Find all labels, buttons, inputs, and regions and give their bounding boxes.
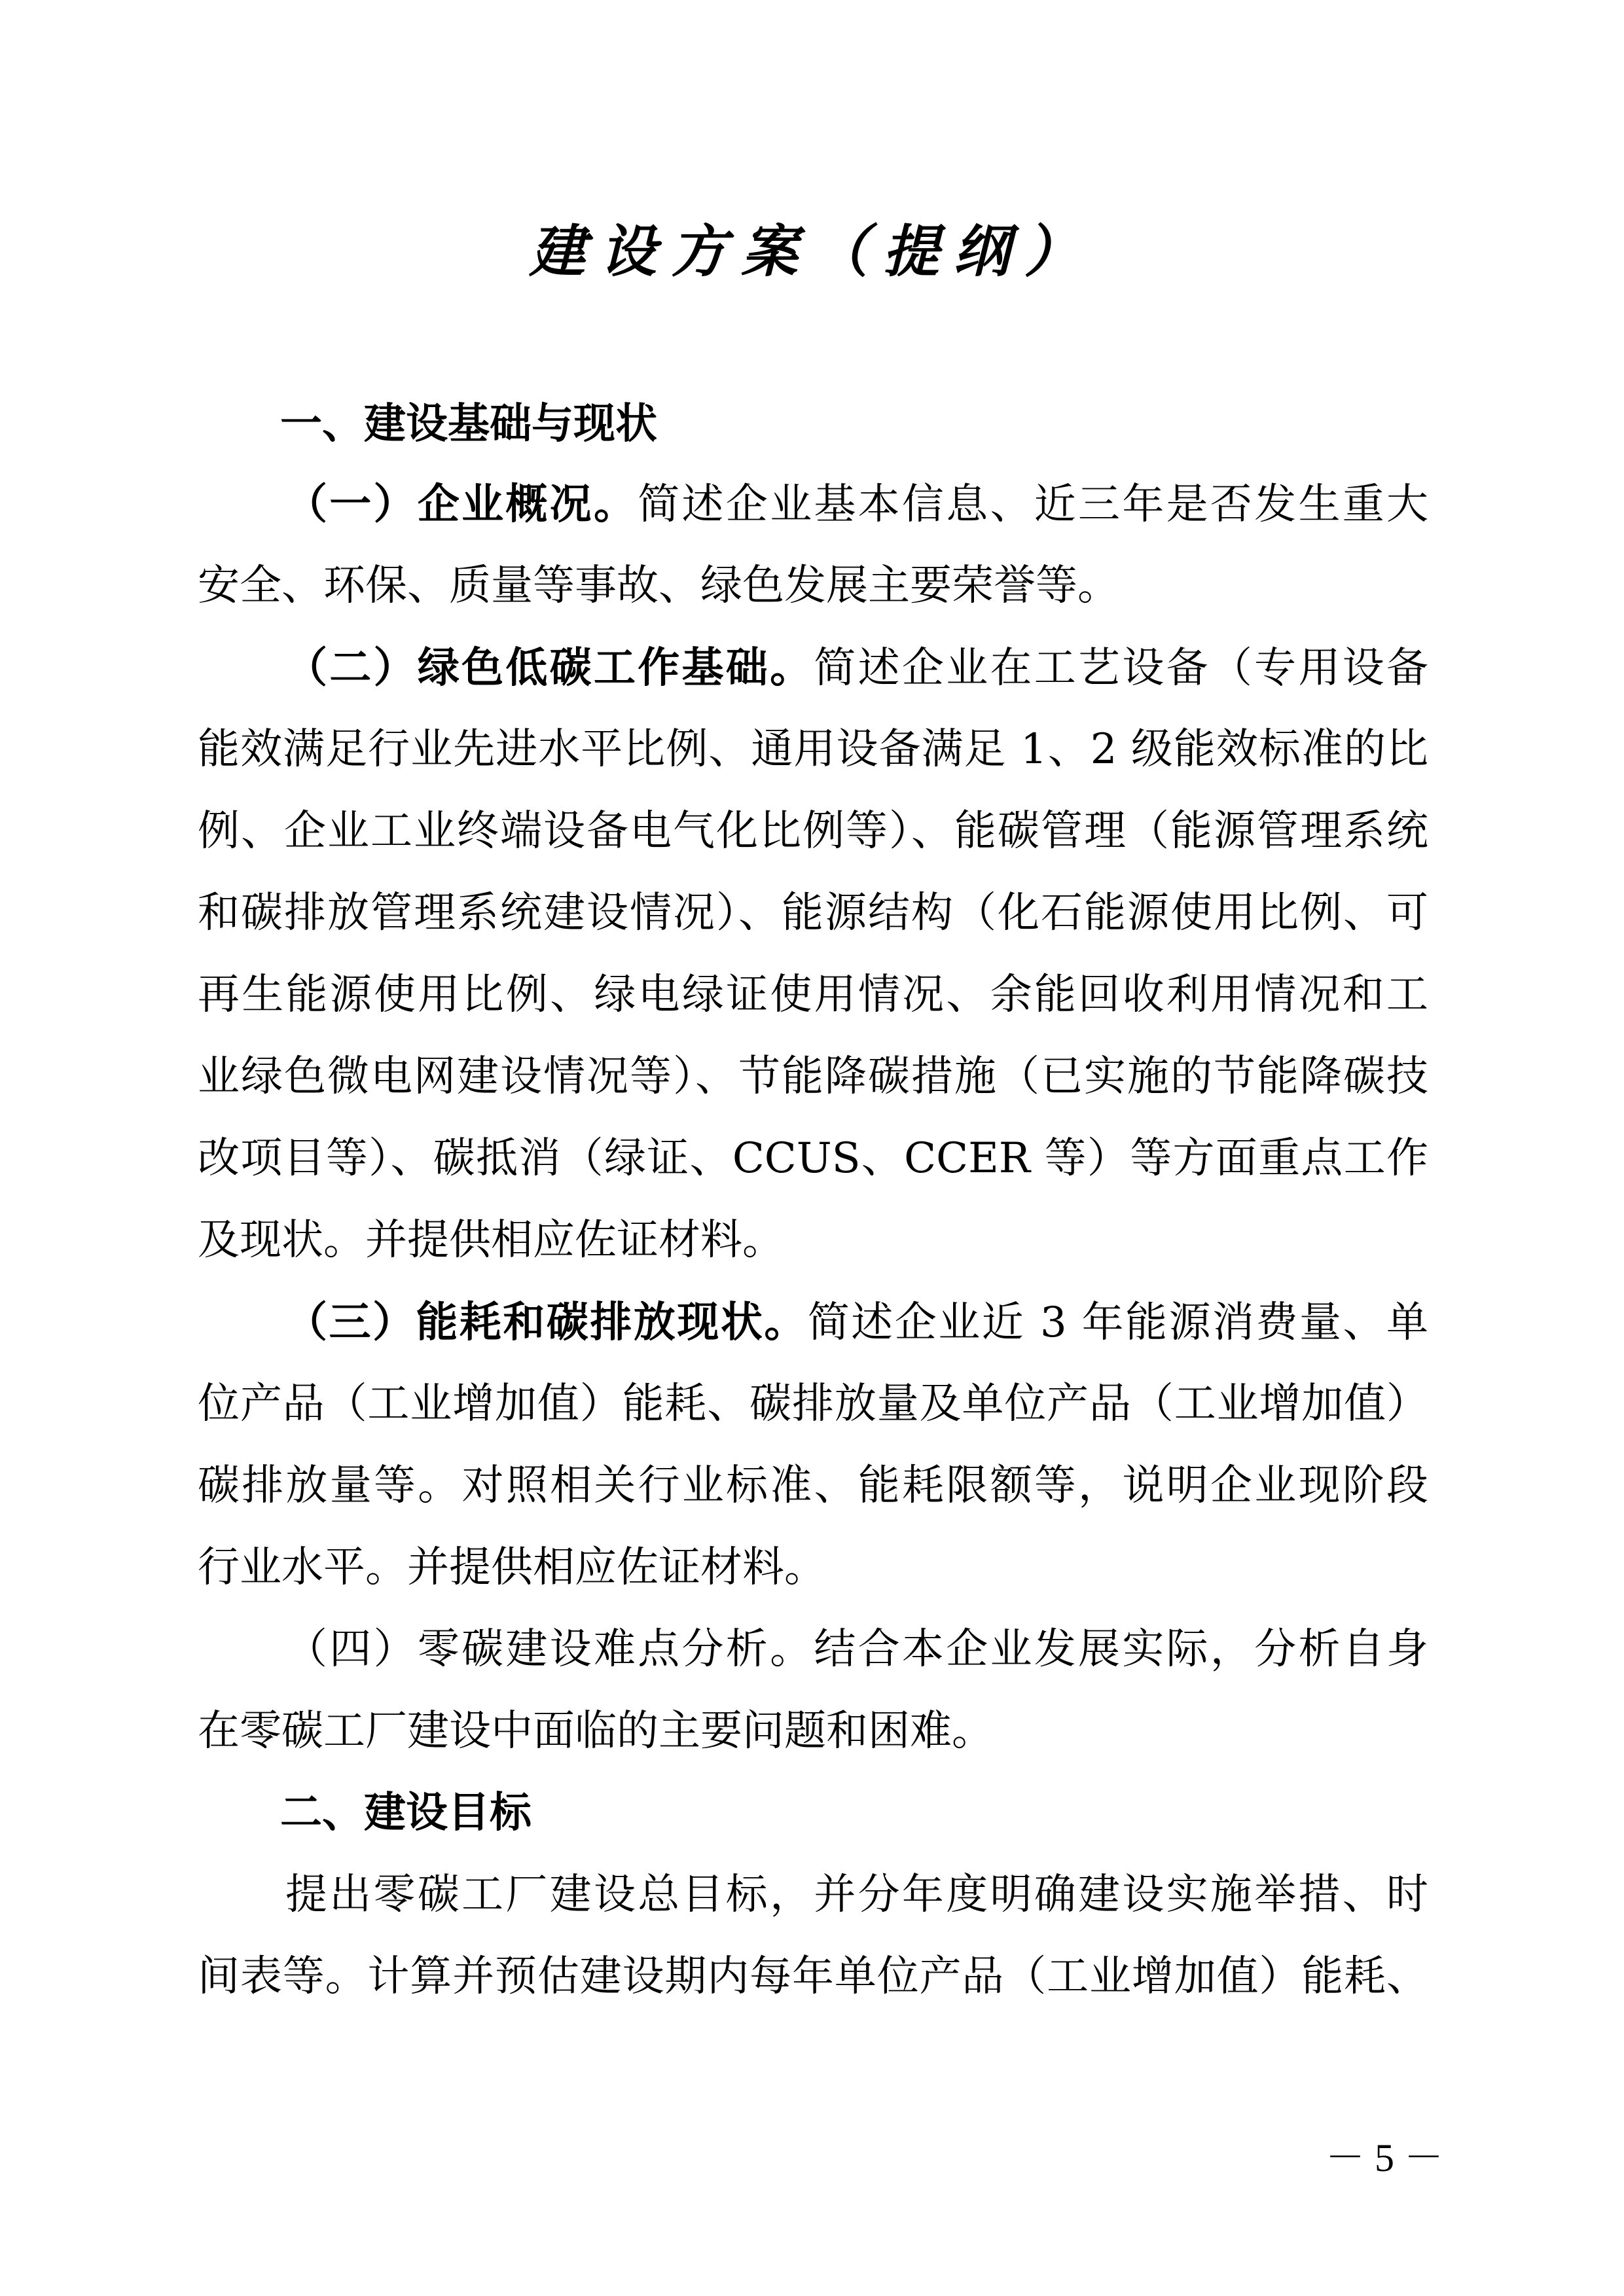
paragraph-line: 业绿色微电网建设情况等）、节能降碳措施（已实施的节能降碳技 [198, 1036, 1428, 1118]
paragraph-line: （四）零碳建设难点分析。结合本企业发展实际，分析自身 [198, 1609, 1428, 1691]
subsection-label-3: （三）能耗和碳排放现状。 [285, 1298, 808, 1347]
section-heading-1: 一、建设基础与现状 [280, 384, 657, 465]
paragraph-line: （一）企业概况。简述企业基本信息、近三年是否发生重大 [198, 463, 1428, 545]
paragraph-line: 安全、环保、质量等事故、绿色发展主要荣誉等。 [198, 545, 1428, 627]
page-number: － 5 － [1296, 2135, 1473, 2181]
paragraph-line: （三）能耗和碳排放现状。简述企业近 3 年能源消费量、单 [198, 1282, 1428, 1363]
paragraph-line: 位产品（工业增加值）能耗、碳排放量及单位产品（工业增加值） [198, 1363, 1428, 1445]
page-title: 建设方案（提纲） [0, 209, 1624, 295]
paragraph-line: 提出零碳工厂建设总目标，并分年度明确建设实施举措、时 [198, 1854, 1428, 1936]
paragraph-line: 和碳排放管理系统建设情况）、能源结构（化石能源使用比例、可 [198, 872, 1428, 954]
paragraph-line: 改项目等）、碳抵消（绿证、CCUS、CCER 等）等方面重点工作 [198, 1118, 1428, 1200]
paragraph-line: 能效满足行业先进水平比例、通用设备满足 1、2 级能效标准的比 [198, 709, 1428, 791]
paragraph-line: （二）绿色低碳工作基础。简述企业在工艺设备（专用设备 [198, 627, 1428, 709]
paragraph-line: 间表等。计算并预估建设期内每年单位产品（工业增加值）能耗、 [198, 1936, 1428, 2018]
paragraph-line: 及现状。并提供相应佐证材料。 [198, 1200, 1428, 1282]
paragraph-line: 行业水平。并提供相应佐证材料。 [198, 1527, 1428, 1609]
paragraph-line: 例、企业工业终端设备电气化比例等）、能碳管理（能源管理系统 [198, 791, 1428, 872]
paragraph-line: 再生能源使用比例、绿电绿证使用情况、余能回收利用情况和工 [198, 954, 1428, 1036]
paragraph-line: 在零碳工厂建设中面临的主要问题和困难。 [198, 1691, 1428, 1772]
subsection-label-4: （四）零碳建设难点分析。 [285, 1625, 814, 1674]
subsection-label-1: （一）企业概况。 [285, 480, 638, 529]
section-heading-2: 二、建设目标 [280, 1772, 532, 1854]
subsection-label-2: （二）绿色低碳工作基础。 [285, 643, 814, 692]
document-page: 建设方案（提纲） 一、建设基础与现状 （一）企业概况。简述企业基本信息、近三年是… [0, 0, 1624, 2296]
paragraph-line: 碳排放量等。对照相关行业标准、能耗限额等，说明企业现阶段 [198, 1445, 1428, 1527]
